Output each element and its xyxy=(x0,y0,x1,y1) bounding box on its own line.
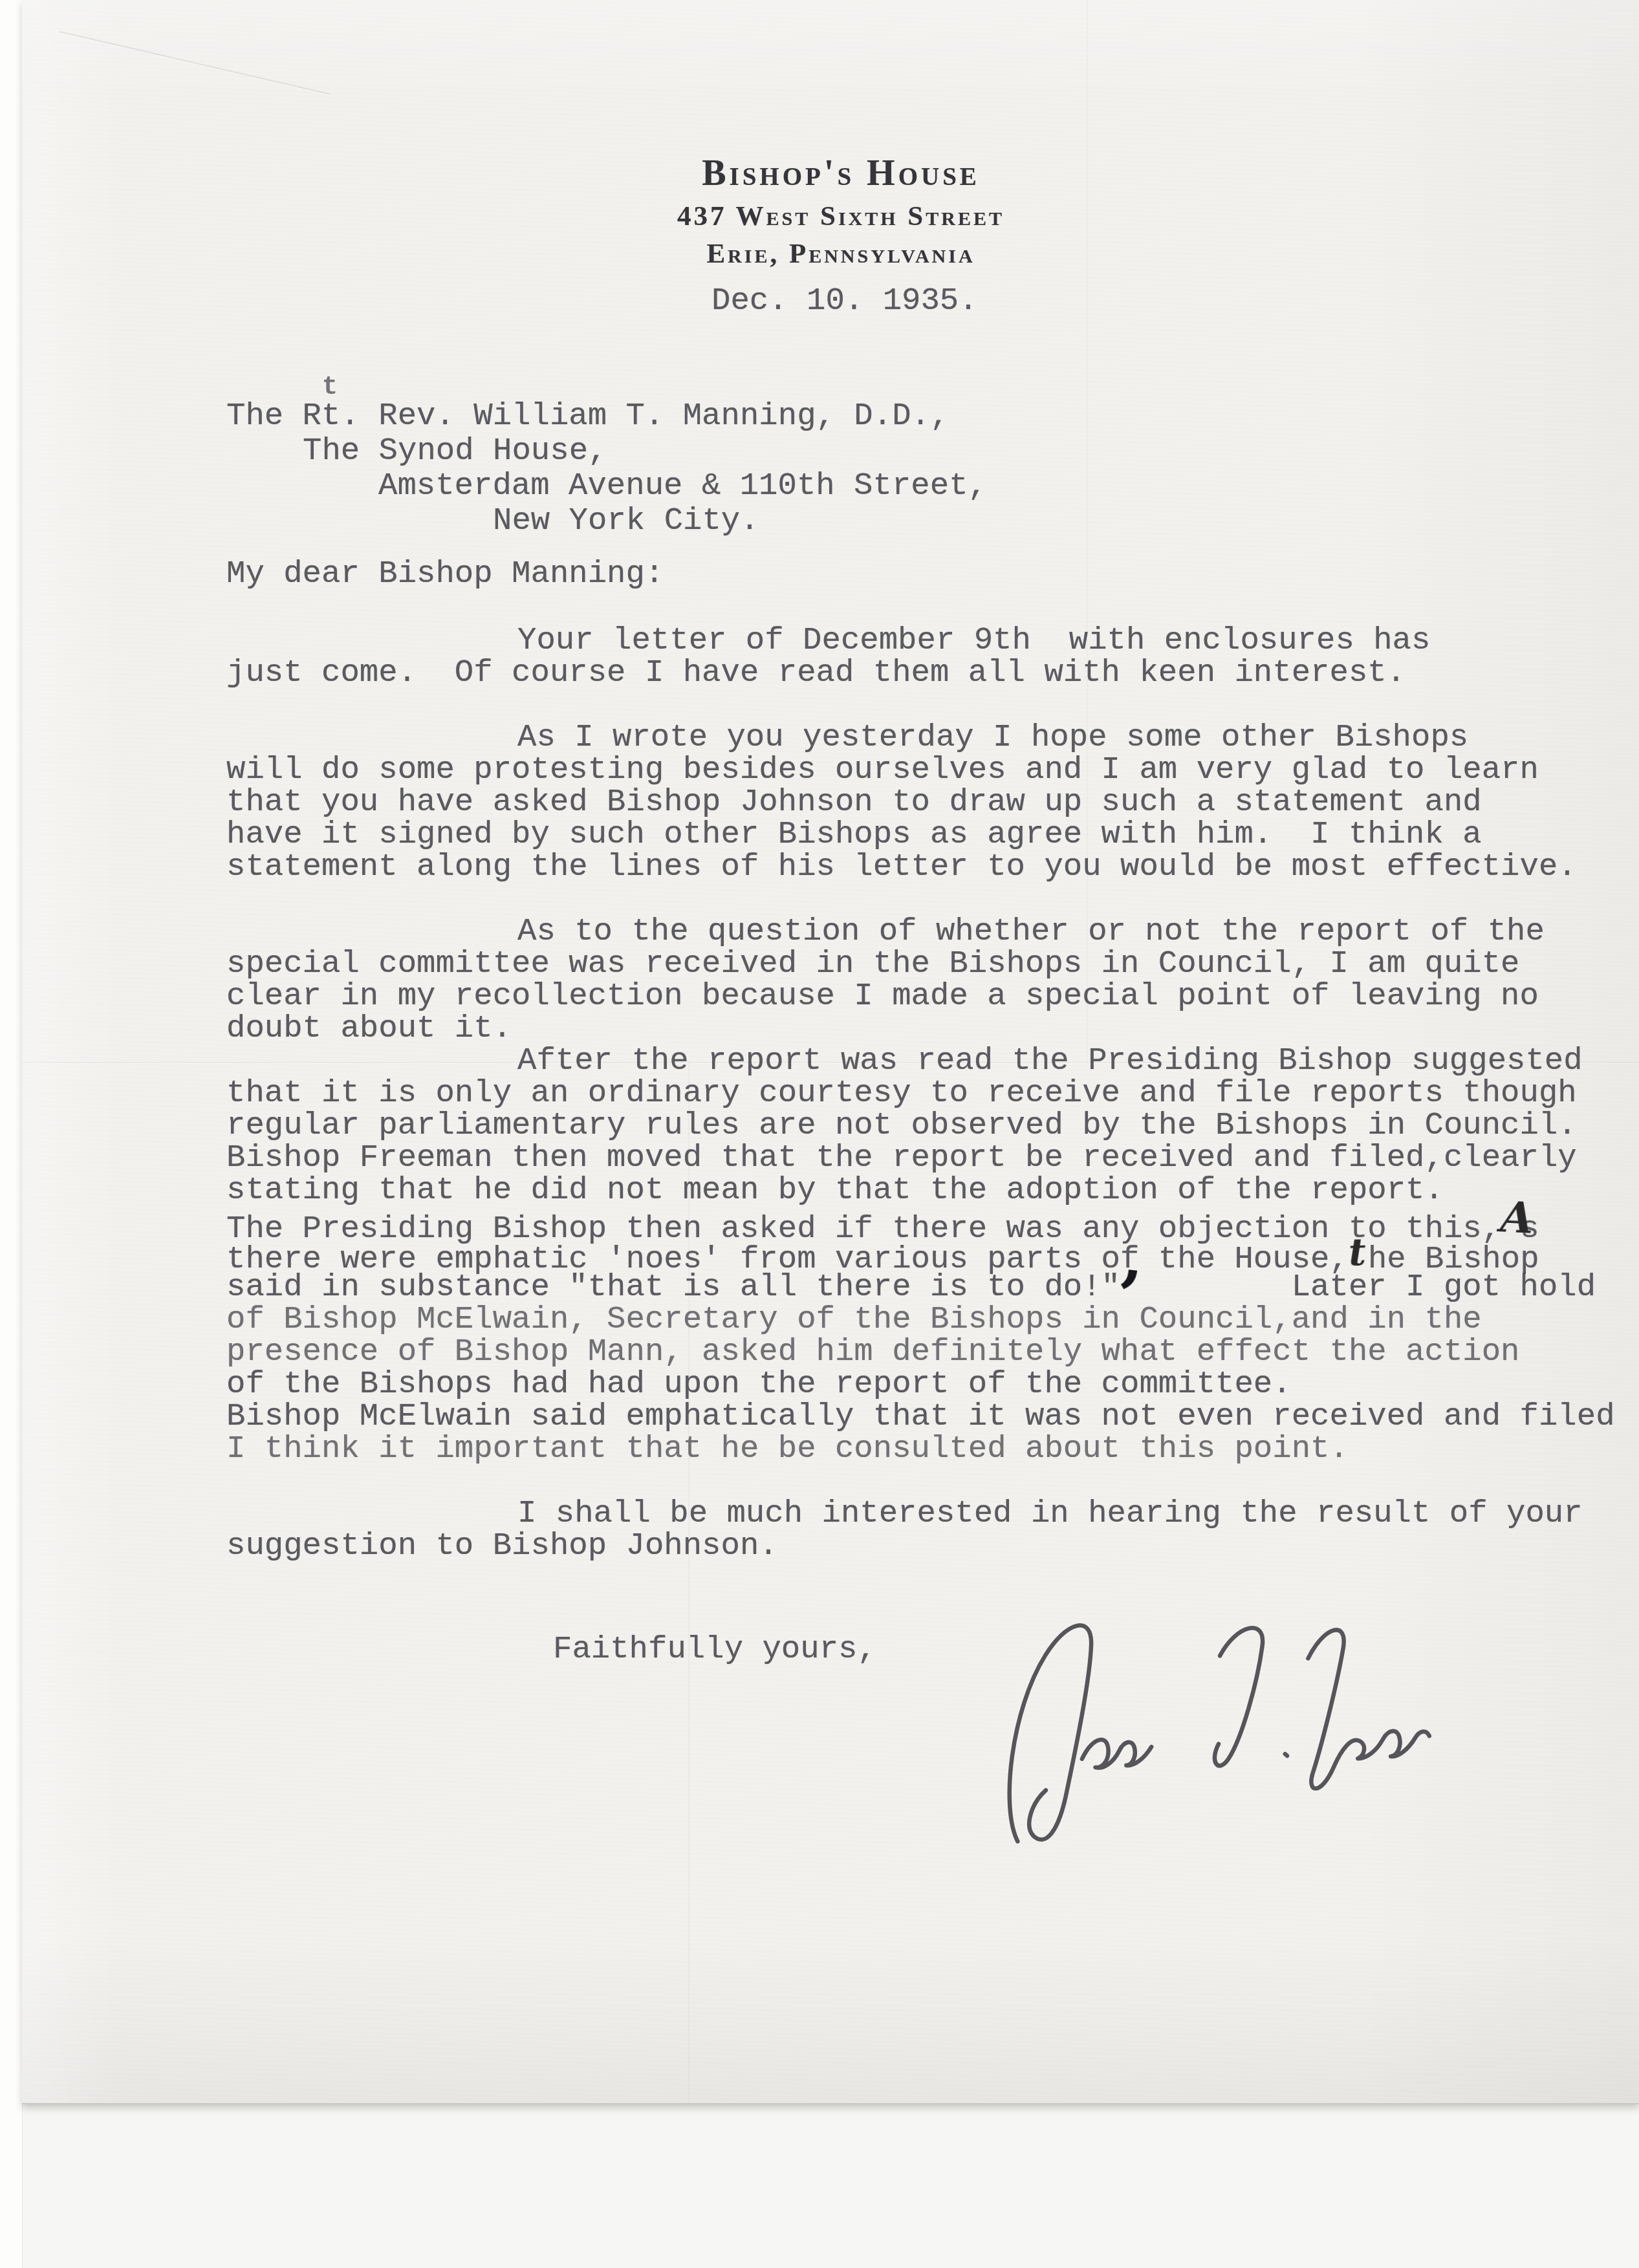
body-line: presence of Bishop Mann, asked him defin… xyxy=(226,1335,1520,1368)
closing: Faithfully yours, xyxy=(553,1633,876,1665)
body-line: I think it important that he be consulte… xyxy=(226,1432,1349,1465)
body-line: As to the question of whether or not the… xyxy=(517,915,1545,947)
letterhead-name: Bishop's House xyxy=(614,154,1067,193)
body-line: that it is only an ordinary courtesy to … xyxy=(226,1077,1577,1109)
letterhead-street: 437 West Sixth Street xyxy=(614,202,1067,232)
scanner-edge-strip xyxy=(0,0,23,2268)
body-line: just come. Of course I have read them al… xyxy=(226,656,1406,689)
body-line: Bishop McElwain said emphatically that i… xyxy=(226,1400,1615,1432)
signature: John C. Ward xyxy=(946,1574,1448,1854)
handwritten-letter-t: t xyxy=(1348,1235,1369,1268)
recipient-line-3: Amsterdam Avenue & 110th Street, xyxy=(378,470,987,502)
body-line: Bishop Freeman then moved that the repor… xyxy=(226,1141,1577,1174)
handwritten-capital-A: A xyxy=(1500,1200,1521,1234)
recipient-line-4: New York City. xyxy=(493,504,759,537)
body-line: regular parliamentary rules are not obse… xyxy=(226,1109,1577,1141)
body-line: statement along the lines of his letter … xyxy=(226,850,1577,883)
recipient-line-2: The Synod House, xyxy=(303,435,607,467)
body-line: I shall be much interested in hearing th… xyxy=(517,1497,1583,1529)
body-line: After the report was read the Presiding … xyxy=(517,1044,1583,1077)
body-line: stating that he did not mean by that the… xyxy=(226,1174,1444,1206)
body-line: of Bishop McElwain, Secretary of the Bis… xyxy=(226,1303,1482,1335)
body-line: suggestion to Bishop Johnson. xyxy=(226,1529,778,1562)
corner-fold-crease xyxy=(60,31,331,95)
typed-overstrike-mark: t xyxy=(322,375,338,401)
body-line: Your letter of December 9th with enclosu… xyxy=(517,624,1430,656)
recipient-line-1: The Rt. Rev. William T. Manning, D.D., xyxy=(226,400,949,432)
body-line: said in substance "that is all there is … xyxy=(226,1271,1596,1303)
salutation: My dear Bishop Manning: xyxy=(226,557,664,590)
signature-stroke-c xyxy=(1209,1626,1287,1766)
body-line: of the Bishops had had upon the report o… xyxy=(226,1368,1292,1400)
body-line: As I wrote you yesterday I hope some oth… xyxy=(517,721,1468,753)
scanned-letter: Bishop's House 437 West Sixth Street Eri… xyxy=(0,0,1639,2268)
letterhead-city: Erie, Pennsylvania xyxy=(614,239,1067,269)
signature-stroke-john xyxy=(1002,1623,1155,1842)
vertical-fold-crease-top xyxy=(1087,0,1088,1062)
body-line: clear in my recollection because I made … xyxy=(226,980,1539,1012)
signature-stroke-ward xyxy=(1305,1626,1431,1788)
body-line: have it signed by such other Bishops as … xyxy=(226,818,1482,850)
body-line: special committee was received in the Bi… xyxy=(226,947,1520,980)
body-line: doubt about it. xyxy=(226,1012,512,1044)
body-line: will do some protesting besides ourselve… xyxy=(226,753,1539,786)
letterhead: Bishop's House 437 West Sixth Street Eri… xyxy=(614,154,1067,269)
date-line: Dec. 10. 1935. xyxy=(711,285,978,317)
body-line: that you have asked Bishop Johnson to dr… xyxy=(226,786,1482,818)
